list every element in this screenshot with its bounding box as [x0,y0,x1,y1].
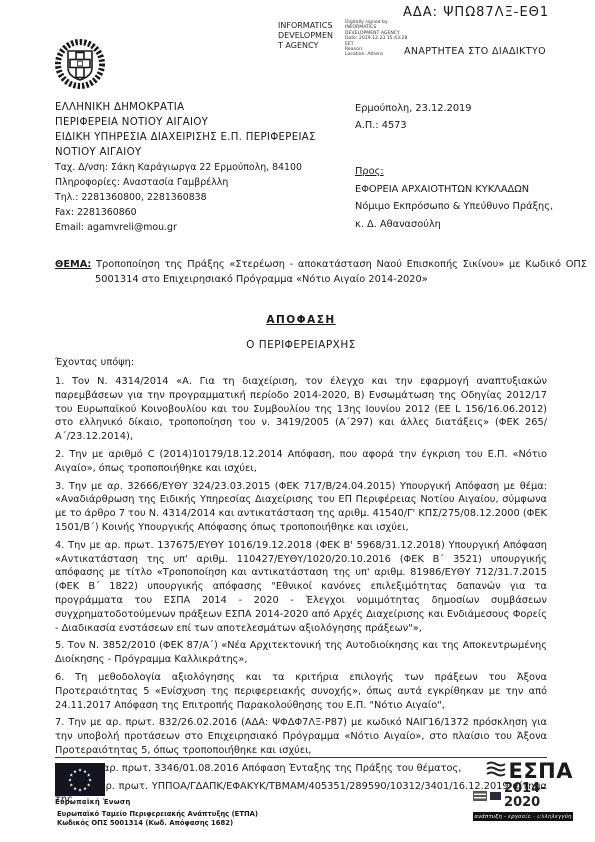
contact-email: Email: agamvreli@mou.gr [55,220,355,235]
org-name-line2: ΠΕΡΙΦΕΡΕΙΑ ΝΟΤΙΟΥ ΑΙΓΑΙΟΥ [55,115,355,130]
greek-emblem-icon [53,36,107,104]
signature-agency-name: INFORMATICS DEVELOPMEN T AGENCY [278,21,342,51]
eu-flag-icon: ★★★ ★★★ ★★★ ★★★ [55,763,105,796]
list-item: 7. Την με αρ. πρωτ. 832/26.02.2016 (ΑΔΑ:… [55,716,547,757]
item-text: Τον Ν. 3852/2010 (ΦΕΚ 87/Α΄) «Νέα Αρχιτε… [55,640,547,665]
item-text: Την με αρ. πρωτ. 137675/ΕΥΘΥ 1016/19.12.… [55,540,547,634]
to-label: Προς: [355,163,570,181]
eu-fund-label: Ευρωπαϊκό Ταμείο Περιφερειακής Ανάπτυξης… [57,810,258,818]
contact-phone: Τηλ.: 2281360800, 2281360838 [55,190,355,205]
decision-title: ΑΠΟΦΑΣΗ [55,314,547,326]
item-number: 2. [55,449,64,460]
item-number: 1. [55,376,64,387]
decision-issuer: Ο ΠΕΡΙΦΕΡΕΙΑΡΧΗΣ [55,339,547,351]
item-number: 4. [55,540,64,551]
espa-acronym: ΕΣΠΑ [508,760,573,782]
footer-divider [55,757,547,758]
list-item: 1. Τον Ν. 4314/2014 «Α. Για τη διαχείρισ… [55,375,547,444]
svg-text:★: ★ [73,786,77,792]
contact-info: Πληροφορίες: Αναστασία Γαμβρέλλη [55,175,355,190]
considerations-list: 1. Τον Ν. 4314/2014 «Α. Για τη διαχείρισ… [55,375,547,811]
org-name-line1: ΕΛΛΗΝΙΚΗ ΔΗΜΟΚΡΑΤΙΑ [55,100,355,115]
item-text: Τον Ν. 4314/2014 «Α. Για τη διαχείριση, … [55,376,547,442]
eu-mini-flag-icon [490,792,502,800]
item-number: 5. [55,640,64,651]
page-number: Σελίδα 1 [519,812,554,821]
recipient-role: Νόμιμο Εκπρόσωπο & Υπεύθυνο Πράξης, [355,198,570,216]
svg-text:★: ★ [83,786,87,792]
contact-fax: Fax: 2281360860 [55,205,355,220]
svg-text:★: ★ [87,782,91,788]
list-item: 3. Την με αρ. 32666/ΕΥΘΥ 324/23.03.2015 … [55,480,547,535]
item-text: Την με αριθμό C (2014)10179/18.12.2014 Α… [55,449,547,474]
greek-flag-icon [473,791,487,801]
svg-text:★: ★ [78,768,82,774]
list-item: 6. Τη μεθοδολογία αξιολόγησης και τα κρι… [55,671,547,712]
list-item: 4. Την με αρ. πρωτ. 137675/ΕΥΘΥ 1016/19.… [55,539,547,636]
subject-paragraph: ΘΕΜΑ: Τροποποίηση της Πράξης «Στερέωση -… [55,258,587,287]
recipient-person: κ. Δ. Αθανασούλη [355,216,570,234]
eu-union-label: Ευρωπαϊκή Ένωση [55,798,131,806]
place-date: Ερμούπολη, 23.12.2019 [355,100,472,117]
item-text: Την με αρ. πρωτ. 832/26.02.2016 (ΑΔΑ: ΨΦ… [55,717,547,756]
svg-text:★: ★ [73,769,77,775]
recipient-name: ΕΦΟΡΕΙΑ ΑΡΧΑΙΟΤΗΤΩΝ ΚΥΚΛΑΔΩΝ [355,181,570,199]
item-text: Την με αρ. πρωτ. 3346/01.08.2016 Απόφαση… [67,763,461,774]
org-name-line3: ΕΙΔΙΚΗ ΥΠΗΡΕΣΙΑ ΔΙΑΧΕΙΡΙΣΗΣ Ε.Π. ΠΕΡΙΦΕΡ… [55,130,340,160]
espa-waves-icon [486,761,506,782]
anartitea-label: ΑΝΑΡΤΗΤΕΑ ΣΤΟ ΔΙΑΔΙΚΤΥΟ [404,46,546,57]
item-text: Τη μεθοδολογία αξιολόγησης και τα κριτήρ… [55,672,547,711]
espa-period: 2014-2020 [504,782,573,810]
contact-address: Ταχ. Δ/νση: Σάκη Καράγιωργα 22 Ερμούπολη… [55,160,355,175]
protocol-number: Α.Π.: 4573 [355,117,407,134]
list-item: 5. Τον Ν. 3852/2010 (ΦΕΚ 87/Α΄) «Νέα Αρχ… [55,639,547,667]
ada-number: ΑΔΑ: ΨΠΩ87ΛΞ-ΕΘ1 [403,5,549,20]
list-item: 2. Την με αριθμό C (2014)10179/18.12.201… [55,448,547,476]
subject-label: ΘΕΜΑ: [55,259,91,270]
subject-text: Τροποποίηση της Πράξης «Στερέωση - αποκα… [95,259,587,285]
item-number: 6. [55,672,64,683]
document-page: ΑΔΑ: ΨΠΩ87ΛΞ-ΕΘ1 INFORMATICS DEVELOPMEN … [0,0,595,842]
svg-text:★: ★ [78,788,82,794]
ops-code-label: Κωδικός ΟΠΣ 5001314 (Κωδ. Απόφασης 1682) [57,819,233,827]
item-number: 3. [55,481,64,492]
item-text: Την με αρ. 32666/ΕΥΘΥ 324/23.03.2015 (ΦΕ… [55,481,547,533]
item-number: 7. [55,717,64,728]
having-regard-label: Έχοντας υπόψη: [55,357,134,368]
